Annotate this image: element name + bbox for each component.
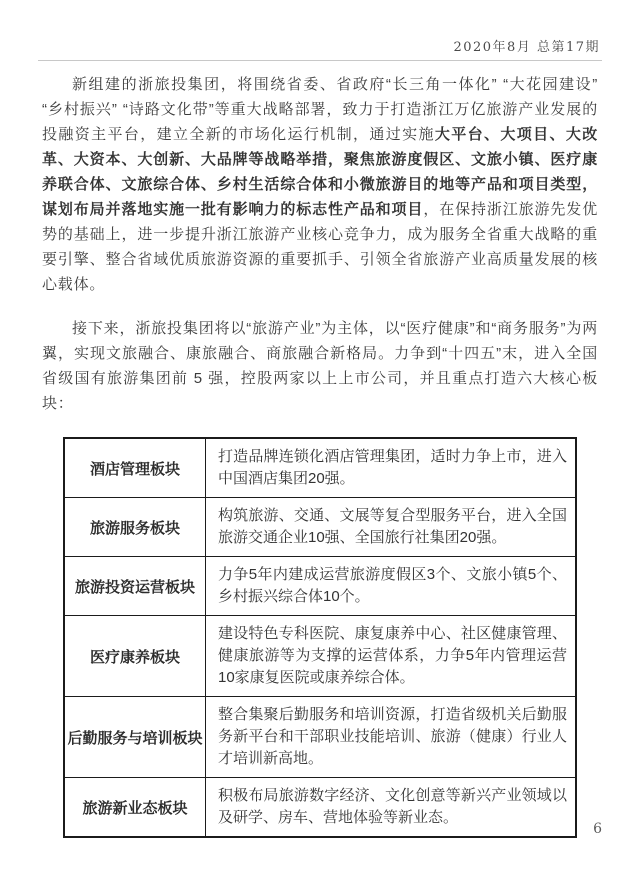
sector-desc-cell: 打造品牌连锁化酒店管理集团，适时力争上市，进入中国酒店集团20强。: [206, 438, 577, 498]
sector-label-cell: 旅游新业态板块: [64, 778, 206, 838]
article-body: 新组建的浙旅投集团，将围绕省委、省政府“长三角一体化” “大花园建设” “乡村振…: [42, 72, 598, 435]
core-sectors-table: 酒店管理板块打造品牌连锁化酒店管理集团，适时力争上市，进入中国酒店集团20强。旅…: [63, 437, 577, 838]
sector-desc-cell: 整合集聚后勤服务和培训资源，打造省级机关后勤服务新平台和干部职业技能培训、旅游（…: [206, 697, 577, 778]
sector-label-cell: 旅游服务板块: [64, 498, 206, 557]
issue-date: 2020年8月 总第17期: [453, 36, 600, 55]
table-row: 旅游投资运营板块力争5年内建成运营旅游度假区3个、文旅小镇5个、乡村振兴综合体1…: [64, 557, 576, 616]
header-divider: [38, 60, 602, 61]
table-row: 后勤服务与培训板块整合集聚后勤服务和培训资源，打造省级机关后勤服务新平台和干部职…: [64, 697, 576, 778]
document-page: 2020年8月 总第17期 新组建的浙旅投集团，将围绕省委、省政府“长三角一体化…: [0, 0, 640, 869]
sector-label-cell: 后勤服务与培训板块: [64, 697, 206, 778]
paragraph-segment: 接下来，浙旅投集团将以“旅游产业”为主体，以“医疗健康”和“商务服务”为两翼，实…: [42, 320, 598, 412]
paragraph: 接下来，浙旅投集团将以“旅游产业”为主体，以“医疗健康”和“商务服务”为两翼，实…: [42, 316, 598, 416]
table-row: 旅游新业态板块积极布局旅游数字经济、文化创意等新兴产业领域以及研学、房车、营地体…: [64, 778, 576, 838]
core-sectors-table-wrap: 酒店管理板块打造品牌连锁化酒店管理集团，适时力争上市，进入中国酒店集团20强。旅…: [63, 437, 577, 838]
table-row: 医疗康养板块建设特色专科医院、康复康养中心、社区健康管理、健康旅游等为支撑的运营…: [64, 616, 576, 697]
sector-label-cell: 旅游投资运营板块: [64, 557, 206, 616]
sector-desc-cell: 积极布局旅游数字经济、文化创意等新兴产业领域以及研学、房车、营地体验等新业态。: [206, 778, 577, 838]
sector-label-cell: 酒店管理板块: [64, 438, 206, 498]
table-row: 酒店管理板块打造品牌连锁化酒店管理集团，适时力争上市，进入中国酒店集团20强。: [64, 438, 576, 498]
sector-desc-cell: 建设特色专科医院、康复康养中心、社区健康管理、健康旅游等为支撑的运营体系，力争5…: [206, 616, 577, 697]
table-row: 旅游服务板块构筑旅游、交通、文展等复合型服务平台，进入全国旅游交通企业10强、全…: [64, 498, 576, 557]
paragraph: 新组建的浙旅投集团，将围绕省委、省政府“长三角一体化” “大花园建设” “乡村振…: [42, 72, 598, 297]
sector-label-cell: 医疗康养板块: [64, 616, 206, 697]
sector-desc-cell: 构筑旅游、交通、文展等复合型服务平台，进入全国旅游交通企业10强、全国旅行社集团…: [206, 498, 577, 557]
page-number: 6: [593, 821, 602, 837]
sector-desc-cell: 力争5年内建成运营旅游度假区3个、文旅小镇5个、乡村振兴综合体10个。: [206, 557, 577, 616]
